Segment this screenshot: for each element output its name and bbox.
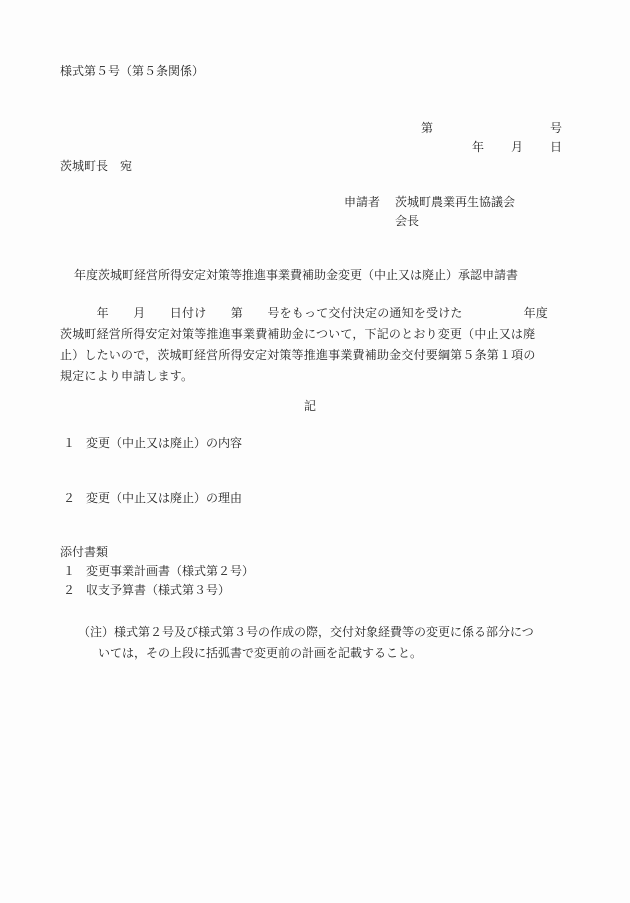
date-year: 年: [472, 139, 484, 155]
body-paragraph: 年 月 日付け 第 号をもって交付決定の通知を受けた 年度 茨城町経営所得安定対…: [60, 303, 565, 387]
applicant-label: 申請者: [344, 194, 380, 210]
item-2-number: ２: [63, 490, 75, 506]
reference-number-prefix: 第: [421, 120, 433, 136]
attachment-1-text: 変更事業計画書（様式第２号）: [86, 563, 254, 579]
attachment-2-number: ２: [63, 582, 75, 598]
reference-number-suffix: 号: [550, 120, 562, 136]
item-2-text: 変更（中止又は廃止）の理由: [86, 490, 242, 506]
body-line: 規定により申請します。: [60, 366, 565, 387]
body-line: 茨城町経営所得安定対策等推進事業費補助金について，下記のとおり変更（中止又は廃: [60, 324, 565, 345]
body-line: 年 月 日付け 第 号をもって交付決定の通知を受けた 年度: [60, 303, 565, 324]
note-line-1: （注）様式第２号及び様式第３号の作成の際，交付対象経費等の変更に係る部分につ: [78, 622, 534, 643]
attachments-heading: 添付書類: [60, 544, 108, 560]
attachment-1-number: １: [63, 563, 75, 579]
note: （注）様式第２号及び様式第３号の作成の際，交付対象経費等の変更に係る部分につ い…: [78, 622, 534, 664]
body-line: 止）したいので，茨城町経営所得安定対策等推進事業費補助金交付要綱第５条第１項の: [60, 345, 565, 366]
applicant-organization: 茨城町農業再生協議会: [395, 194, 515, 210]
note-line-2: いては，その上段に括弧書で変更前の計画を記載すること。: [78, 643, 534, 664]
addressee: 茨城町長 宛: [60, 158, 132, 174]
attachment-2-text: 収支予算書（様式第３号）: [86, 582, 230, 598]
ki-heading: 記: [304, 398, 316, 414]
applicant-title: 会長: [395, 213, 419, 229]
date-day: 日: [550, 139, 562, 155]
date-month: 月: [511, 139, 523, 155]
document-title: 年度茨城町経営所得安定対策等推進事業費補助金変更（中止又は廃止）承認申請書: [74, 267, 518, 283]
form-label: 様式第５号（第５条関係）: [60, 63, 204, 79]
item-1-number: １: [63, 435, 75, 451]
item-1-text: 変更（中止又は廃止）の内容: [86, 435, 242, 451]
